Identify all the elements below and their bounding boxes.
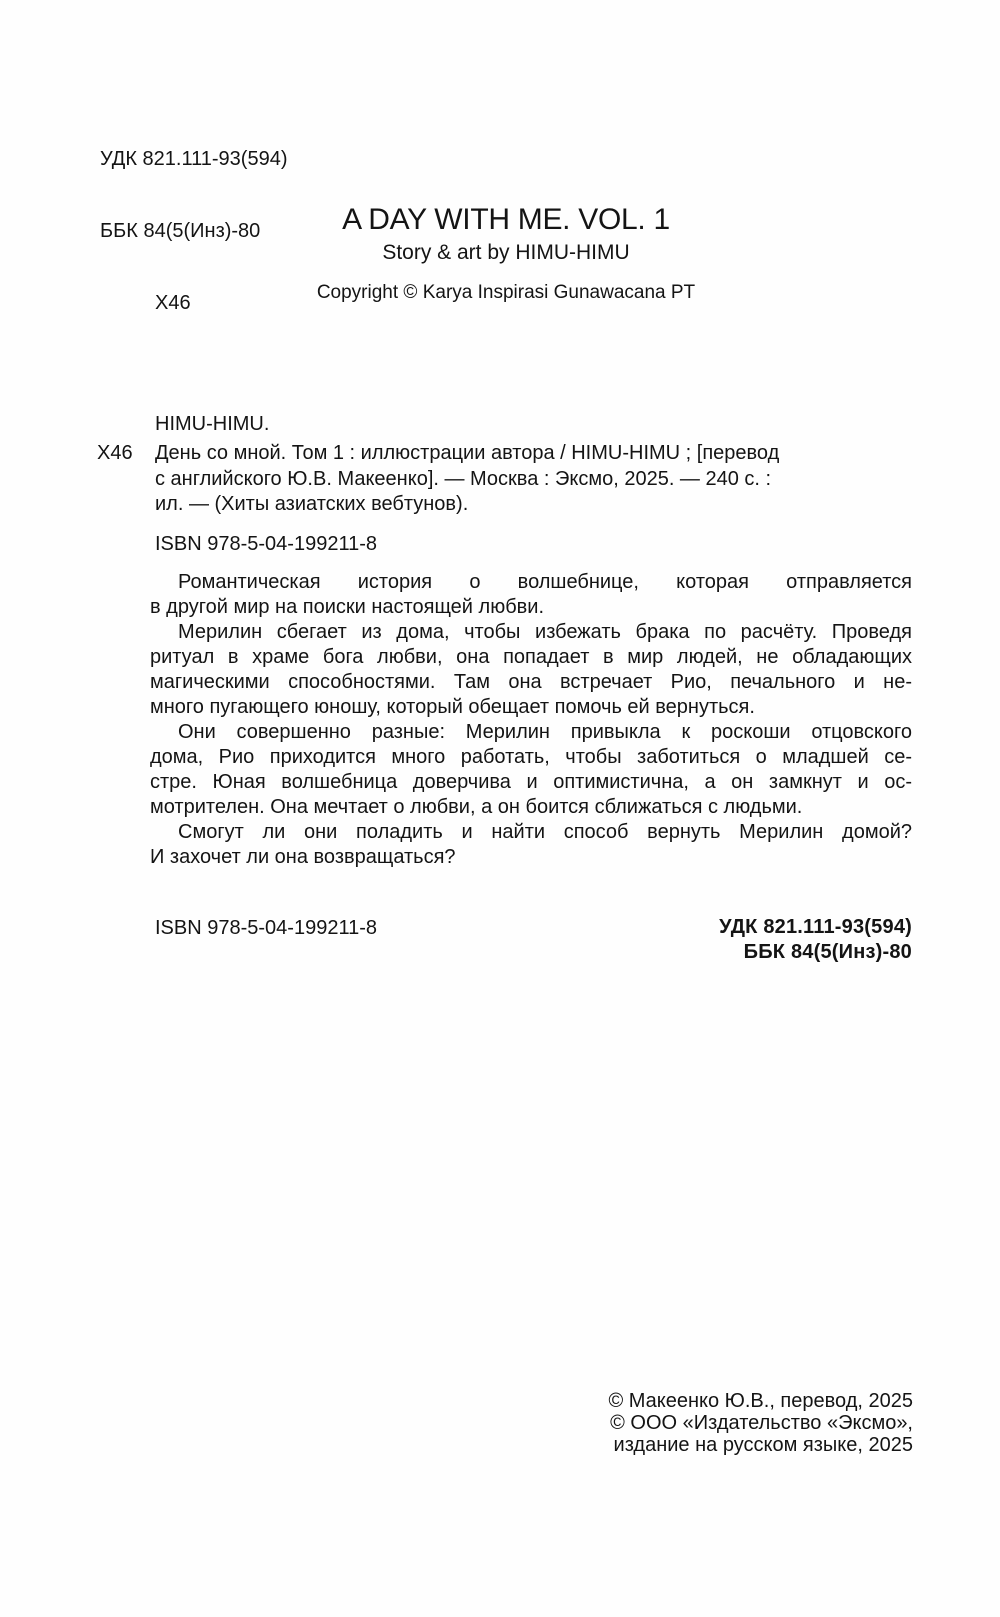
bib-entry: День со мной. Том 1 : иллюстрации автора…	[155, 441, 912, 518]
udk-code-bold: УДК 821.111-93(594)	[719, 915, 912, 940]
annotation-line: магическими способностями. Там она встре…	[150, 670, 912, 695]
isbn-line-bottom: ISBN 978-5-04-199211-8	[155, 916, 377, 941]
annotation-line: И захочет ли она возвращаться?	[150, 845, 912, 870]
title-block: A DAY WITH ME. VOL. 1 Story & art by HIM…	[100, 205, 912, 302]
footer-line: © Макеенко Ю.В., перевод, 2025	[608, 1390, 913, 1412]
book-title: A DAY WITH ME. VOL. 1	[100, 205, 912, 235]
annotation-line: Мерилин сбегает из дома, чтобы избежать …	[150, 620, 912, 645]
byline: Story & art by HIMU-HIMU	[100, 242, 912, 263]
udk-code: УДК 821.111-93(594)	[100, 147, 287, 171]
annotation-line: мотрителен. Она мечтает о любви, а он бо…	[150, 795, 912, 820]
annotation-line: дома, Рио приходится много работать, что…	[150, 745, 912, 770]
annotation-line: Они совершенно разные: Мерилин привыкла …	[150, 720, 912, 745]
bib-author: HIMU-HIMU.	[155, 412, 269, 437]
isbn-line-top: ISBN 978-5-04-199211-8	[155, 532, 377, 557]
footer-line: © ООО «Издательство «Эксмо»,	[608, 1412, 913, 1434]
classification-codes-bottom: УДК 821.111-93(594) ББК 84(5(Инз)-80	[719, 915, 912, 965]
bbk-code-bold: ББК 84(5(Инз)-80	[719, 940, 912, 965]
bib-line: День со мной. Том 1 : иллюстрации автора…	[155, 441, 912, 467]
annotation: Романтическая история о волшебнице, кото…	[150, 570, 912, 870]
annotation-line: ритуал в храме бога любви, она попадает …	[150, 645, 912, 670]
annotation-line: много пугающего юношу, который обещает п…	[150, 695, 912, 720]
annotation-line: стре. Юная волшебница доверчива и оптими…	[150, 770, 912, 795]
annotation-line: Романтическая история о волшебнице, кото…	[150, 570, 912, 595]
copyright-line: Copyright © Karya Inspirasi Gunawacana P…	[100, 283, 912, 302]
bib-line: ил. — (Хиты азиатских вебтунов).	[155, 492, 912, 518]
annotation-line: Смогут ли они поладить и найти способ ве…	[150, 820, 912, 845]
footer-line: издание на русском языке, 2025	[608, 1434, 913, 1456]
footer-copyright: © Макеенко Ю.В., перевод, 2025© ООО «Изд…	[608, 1390, 913, 1456]
imprint-page: УДК 821.111-93(594) ББК 84(5(Инз)-80 Х46…	[0, 0, 1000, 1617]
annotation-line: в другой мир на поиски настоящей любви.	[150, 595, 912, 620]
bib-line: с английского Ю.В. Макеенко]. — Москва :…	[155, 467, 912, 493]
bib-author-sign: Х46	[97, 441, 133, 467]
